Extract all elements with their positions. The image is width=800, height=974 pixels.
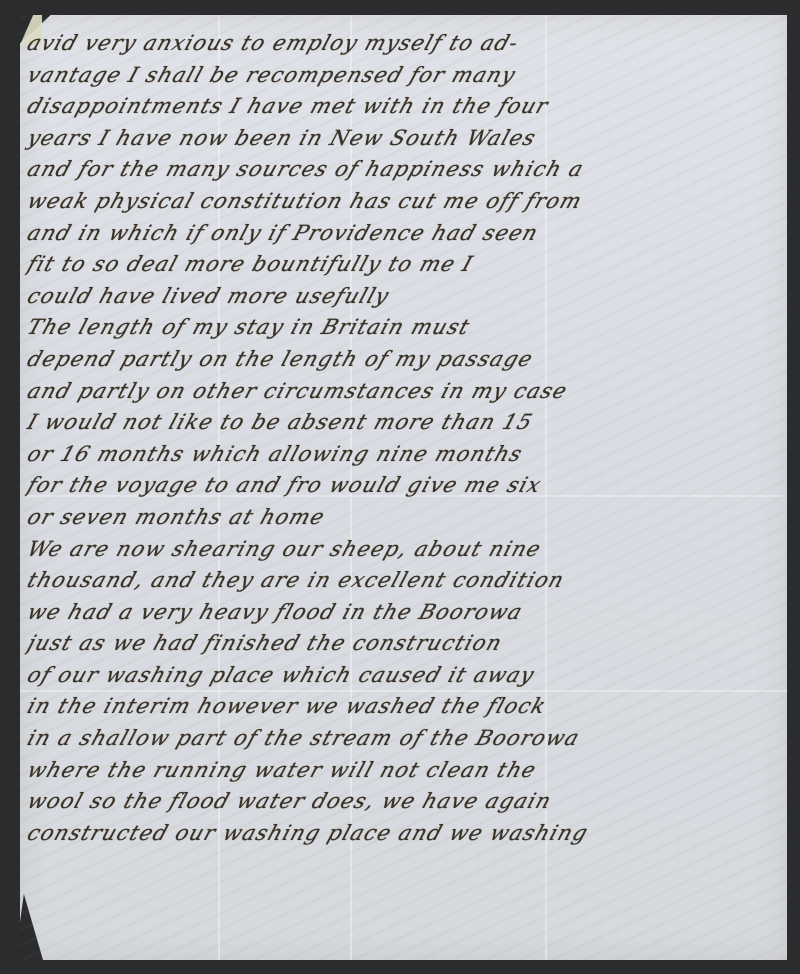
text-line: could have lived more usefully: [23, 281, 778, 313]
text-line: vantage I shall be recompensed for many: [23, 60, 778, 92]
text-line: we had a very heavy flood in the Boorowa: [23, 597, 778, 629]
text-line: I would not like to be absent more than …: [23, 407, 778, 439]
text-line: constructed our washing place and we was…: [23, 818, 778, 850]
text-line: and for the many sources of happiness wh…: [23, 154, 778, 186]
text-line: for the voyage to and fro would give me …: [23, 470, 778, 502]
text-line: We are now shearing our sheep, about nin…: [23, 534, 778, 566]
text-line: years I have now been in New South Wales: [23, 123, 778, 155]
text-line: just as we had finished the construction: [23, 628, 778, 660]
text-line: weak physical constitution has cut me of…: [23, 186, 778, 218]
text-line: fit to so deal more bountifully to me I: [23, 249, 778, 281]
text-line: or seven months at home: [23, 502, 778, 534]
text-line: thousand, and they are in excellent cond…: [23, 565, 778, 597]
text-line: disappointments I have met with in the f…: [23, 91, 778, 123]
text-line: depend partly on the length of my passag…: [23, 344, 778, 376]
text-line: The length of my stay in Britain must: [23, 312, 778, 344]
text-line: where the running water will not clean t…: [23, 755, 778, 787]
text-line: wool so the flood water does, we have ag…: [23, 786, 778, 818]
text-line: avid very anxious to employ myself to ad…: [23, 28, 778, 60]
text-line: in a shallow part of the stream of the B…: [23, 723, 778, 755]
text-line: and in which if only if Providence had s…: [23, 218, 778, 250]
text-line: and partly on other circumstances in my …: [23, 376, 778, 408]
handwritten-text: avid very anxious to employ myself to ad…: [28, 28, 773, 849]
text-line: of our washing place which caused it awa…: [23, 660, 778, 692]
text-line: in the interim however we washed the flo…: [23, 691, 778, 723]
text-line: or 16 months which allowing nine months: [23, 439, 778, 471]
